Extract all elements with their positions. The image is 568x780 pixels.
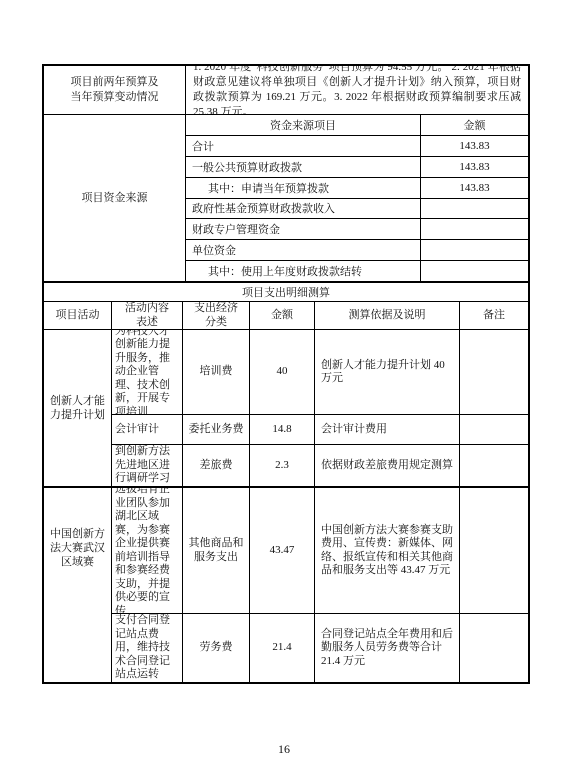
funding-item-label: 合计 <box>186 136 421 156</box>
row-category: 培训费 <box>183 330 250 414</box>
detail-row-training: 为科技人才创新能力提升服务，推动企业管理、技术创新，开展专项培训 培训费 40 … <box>112 330 528 415</box>
funding-row-total: 合计 143.83 <box>186 136 528 157</box>
detail-header-basis: 测算依据及说明 <box>315 302 460 329</box>
detail-header-amount: 金额 <box>250 302 315 329</box>
detail-section-title: 项目支出明细测算 <box>44 283 528 302</box>
row-amount: 21.4 <box>250 614 315 682</box>
row-amount: 43.47 <box>250 488 315 613</box>
row-category: 委托业务费 <box>183 415 250 444</box>
funding-item-label: 一般公共预算财政拨款 <box>186 157 421 177</box>
funding-item-amount <box>421 219 528 239</box>
row-basis: 创新人才能力提升计划 40 万元 <box>315 330 460 414</box>
funding-item-amount: 143.83 <box>421 136 528 156</box>
row-description: 会计审计 <box>112 415 183 444</box>
funding-item-amount <box>421 240 528 260</box>
detail-header-activity: 项目活动 <box>44 302 112 329</box>
funding-row-unit-funds: 单位资金 <box>186 240 528 261</box>
detail-header-note: 备注 <box>460 302 528 329</box>
row-description: 到创新方法先进地区进行调研学习 <box>112 445 183 486</box>
detail-row-labor: 支付合同登记站点费用，维持技术合同登记站点运转 劳务费 21.4 合同登记站点全… <box>112 614 528 682</box>
row-basis: 合同登记站点全年费用和后勤服务人员劳务费等合计 21.4 万元 <box>315 614 460 682</box>
funding-row-gov-fund: 政府性基金预算财政拨款收入 <box>186 199 528 220</box>
funding-row-general-public: 一般公共预算财政拨款 143.83 <box>186 157 528 178</box>
row-basis: 中国创新方法大赛参赛支助费用、宣传费：新媒体、网络、报纸宣传和相关其他商品和服务… <box>315 488 460 613</box>
funding-row-fiscal-account: 财政专户管理资金 <box>186 219 528 240</box>
detail-header-row: 项目活动 活动内容 表述 支出经济 分类 金额 测算依据及说明 备注 <box>44 302 528 330</box>
funding-header-item: 资金来源项目 <box>186 115 421 135</box>
funding-item-amount <box>421 261 528 281</box>
funding-item-label: 其中：使用上年度财政拨款结转 <box>186 261 421 281</box>
row-amount: 40 <box>250 330 315 414</box>
page-number: 16 <box>0 742 568 757</box>
group-activity-label: 创新人才能力提升计划 <box>44 330 112 486</box>
detail-header-description: 活动内容 表述 <box>112 302 183 329</box>
detail-group-competition: 中国创新方法大赛武汉区域赛 选拔培育企业团队参加湖北区域赛，为参赛企业提供赛前培… <box>44 488 528 682</box>
funding-item-label: 政府性基金预算财政拨款收入 <box>186 199 421 219</box>
group-activity-label: 中国创新方法大赛武汉区域赛 <box>44 488 112 682</box>
prior-budget-label: 项目前两年预算及 当年预算变动情况 <box>44 66 186 114</box>
funding-item-amount <box>421 199 528 219</box>
detail-row-goods-services: 选拔培育企业团队参加湖北区域赛，为参赛企业提供赛前培训指导和参赛经费支助，并提供… <box>112 488 528 614</box>
row-note <box>460 614 528 682</box>
detail-header-category: 支出经济 分类 <box>183 302 250 329</box>
funding-section-label: 项目资金来源 <box>44 115 186 281</box>
budget-table: 项目前两年预算及 当年预算变动情况 1. 2020 年度“科技创新服务”项目预算… <box>42 64 530 684</box>
row-description: 支付合同登记站点费用，维持技术合同登记站点运转 <box>112 614 183 682</box>
funding-header-amount: 金额 <box>421 115 528 135</box>
funding-item-label: 财政专户管理资金 <box>186 219 421 239</box>
funding-item-amount: 143.83 <box>421 178 528 198</box>
row-basis: 会计审计费用 <box>315 415 460 444</box>
row-description: 选拔培育企业团队参加湖北区域赛，为参赛企业提供赛前培训指导和参赛经费支助，并提供… <box>112 488 183 613</box>
funding-item-label: 其中：申请当年预算拨款 <box>186 178 421 198</box>
row-note <box>460 445 528 486</box>
prior-budget-row: 项目前两年预算及 当年预算变动情况 1. 2020 年度“科技创新服务”项目预算… <box>44 66 528 115</box>
detail-row-audit: 会计审计 委托业务费 14.8 会计审计费用 <box>112 415 528 445</box>
row-note <box>460 330 528 414</box>
row-note <box>460 415 528 444</box>
row-basis: 依据财政差旅费用规定测算 <box>315 445 460 486</box>
row-note <box>460 488 528 613</box>
row-amount: 14.8 <box>250 415 315 444</box>
row-amount: 2.3 <box>250 445 315 486</box>
funding-item-label: 单位资金 <box>186 240 421 260</box>
detail-row-travel: 到创新方法先进地区进行调研学习 差旅费 2.3 依据财政差旅费用规定测算 <box>112 445 528 486</box>
funding-rows: 资金来源项目 金额 合计 143.83 一般公共预算财政拨款 143.83 其中… <box>186 115 528 281</box>
group-rows: 选拔培育企业团队参加湖北区域赛，为参赛企业提供赛前培训指导和参赛经费支助，并提供… <box>112 488 528 682</box>
funding-header-row: 资金来源项目 金额 <box>186 115 528 136</box>
detail-group-talent-plan: 创新人才能力提升计划 为科技人才创新能力提升服务，推动企业管理、技术创新，开展专… <box>44 330 528 488</box>
row-description: 为科技人才创新能力提升服务，推动企业管理、技术创新，开展专项培训 <box>112 330 183 414</box>
document-page: 项目前两年预算及 当年预算变动情况 1. 2020 年度“科技创新服务”项目预算… <box>0 0 568 780</box>
funding-row-carryover: 其中：使用上年度财政拨款结转 <box>186 261 528 281</box>
funding-row-current-year: 其中：申请当年预算拨款 143.83 <box>186 178 528 199</box>
group-rows: 为科技人才创新能力提升服务，推动企业管理、技术创新，开展专项培训 培训费 40 … <box>112 330 528 486</box>
row-category: 其他商品和服务支出 <box>183 488 250 613</box>
row-category: 差旅费 <box>183 445 250 486</box>
funding-section: 项目资金来源 资金来源项目 金额 合计 143.83 一般公共预算财政拨款 14… <box>44 115 528 283</box>
row-category: 劳务费 <box>183 614 250 682</box>
funding-item-amount: 143.83 <box>421 157 528 177</box>
prior-budget-content: 1. 2020 年度“科技创新服务”项目预算为 94.55 万元。 2. 202… <box>186 66 528 114</box>
